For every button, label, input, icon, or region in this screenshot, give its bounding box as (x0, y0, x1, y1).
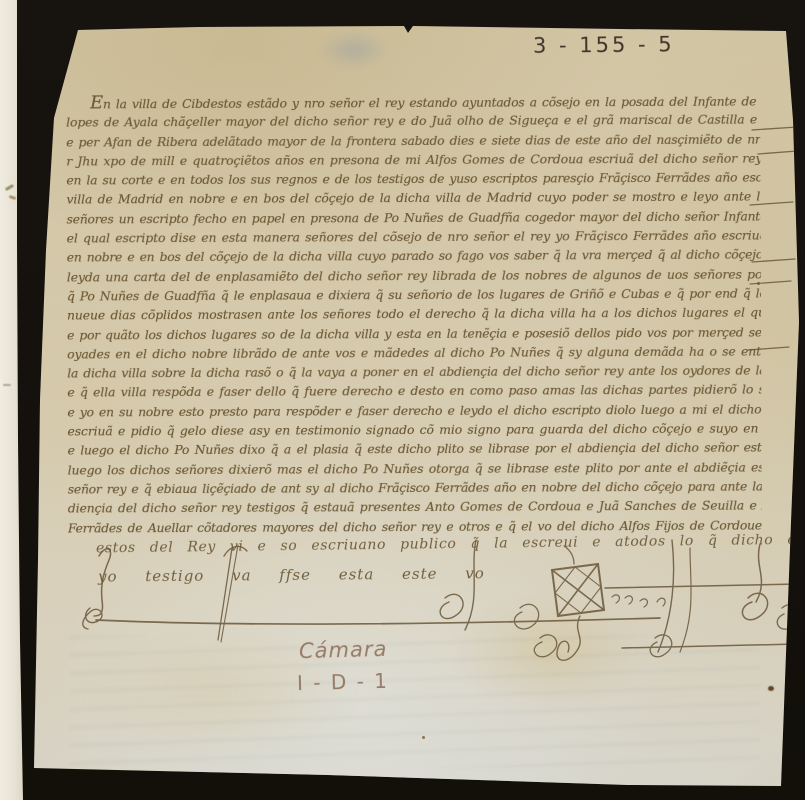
subscription-line: yo testigo va ffse esta este vo (98, 564, 485, 585)
ink-speck (768, 686, 774, 691)
photograph-of-manuscript: { "photo": { "background_color": "#14110… (0, 0, 805, 800)
notarial-sign-icon (552, 546, 604, 660)
stamp-reference: I - D - 1 (297, 669, 389, 695)
parchment-stain (455, 595, 645, 710)
manuscript-text-block: En la villa de Cibdestos estãdo y nro se… (66, 90, 762, 543)
stamp-camara: Cámara (299, 637, 388, 663)
paper-edge-mark (3, 384, 11, 386)
verso-show-through (70, 636, 760, 768)
ink-stain (318, 30, 390, 70)
parchment-sheet: 3 - 155 - 5 En la villa de Cibdestos est… (0, 0, 805, 800)
archival-number: 3 - 155 - 5 (533, 32, 675, 57)
ink-speck (422, 736, 425, 739)
adjacent-page-edge (0, 0, 26, 800)
